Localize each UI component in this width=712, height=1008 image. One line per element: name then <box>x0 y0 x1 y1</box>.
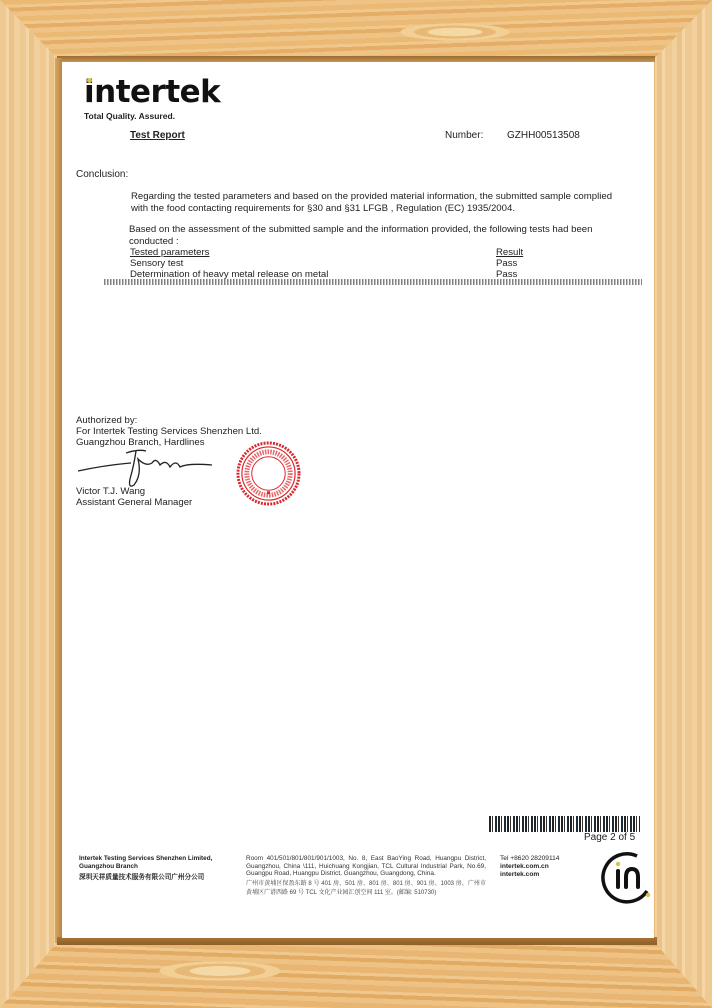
intertek-logo: intertek Total Quality. Assured. <box>84 76 220 121</box>
footer-company-en: Intertek Testing Services Shenzhen Limit… <box>79 855 244 870</box>
test-result: Pass <box>496 258 517 269</box>
frame-bottom-rail <box>0 943 712 1008</box>
conclusion-label: Conclusion: <box>76 169 128 180</box>
frame-right-rail <box>652 0 712 1008</box>
footer-address-cn: 广州市黄埔区保盈东路 8 号 401 房、501 房、801 房、801 房、9… <box>246 880 486 898</box>
logo-accent-dot <box>87 78 92 83</box>
footer-company: Intertek Testing Services Shenzhen Limit… <box>79 855 244 882</box>
signer-name: Victor T.J. Wang <box>76 486 192 497</box>
tests-header-row: Tested parameters Result <box>130 247 530 258</box>
signature-icon <box>76 445 216 491</box>
logo-tagline: Total Quality. Assured. <box>84 111 220 121</box>
logo-wordmark: intertek <box>84 76 220 108</box>
authorization-block: Authorized by: For Intertek Testing Serv… <box>76 415 262 448</box>
frame-left-rail <box>0 0 62 1008</box>
test-parameter: Sensory test <box>130 258 183 269</box>
signer-title: Assistant General Manager <box>76 497 192 508</box>
conclusion-paragraph: Regarding the tested parameters and base… <box>131 191 621 214</box>
frame-top-rail <box>0 0 712 58</box>
tests-table: Tested parameters Result Sensory test Pa… <box>130 247 530 280</box>
footer-tel: Tel +8620 28209114 <box>500 855 559 863</box>
intertek-in-logo-icon <box>597 849 655 905</box>
authorizing-company: For Intertek Testing Services Shenzhen L… <box>76 426 262 437</box>
signer-block: Victor T.J. Wang Assistant General Manag… <box>76 486 192 508</box>
footer-address-en: Room 401/501/801/801/901/1003, No. 8, Ea… <box>246 855 486 878</box>
column-header-result: Result <box>496 247 523 258</box>
report-title: Test Report <box>130 130 185 141</box>
frame-inner-edge <box>55 58 62 943</box>
page-number: Page 2 of 5 <box>584 832 635 843</box>
table-row: Sensory test Pass <box>130 258 530 269</box>
footer-website: intertek.com <box>500 871 559 879</box>
frame-inner-edge <box>57 937 657 945</box>
report-number-value: GZHH00513508 <box>507 130 580 141</box>
footer-contact: Tel +8620 28209114 intertek.com.cn inter… <box>500 855 559 879</box>
asterisk-divider <box>104 279 642 285</box>
column-header-parameters: Tested parameters <box>130 247 209 258</box>
assessment-paragraph: Based on the assessment of the submitted… <box>129 224 619 247</box>
company-seal-icon <box>236 441 301 506</box>
authorized-by-label: Authorized by: <box>76 415 262 426</box>
footer-company-cn: 深圳天祥质量技术服务有限公司广州分公司 <box>79 874 244 882</box>
report-number-label: Number: <box>445 130 483 141</box>
footer-website-cn: intertek.com.cn <box>500 863 559 871</box>
footer-address: Room 401/501/801/801/901/1003, No. 8, Ea… <box>246 855 486 898</box>
barcode <box>489 816 640 832</box>
test-report-page: intertek Total Quality. Assured. Test Re… <box>62 62 654 938</box>
